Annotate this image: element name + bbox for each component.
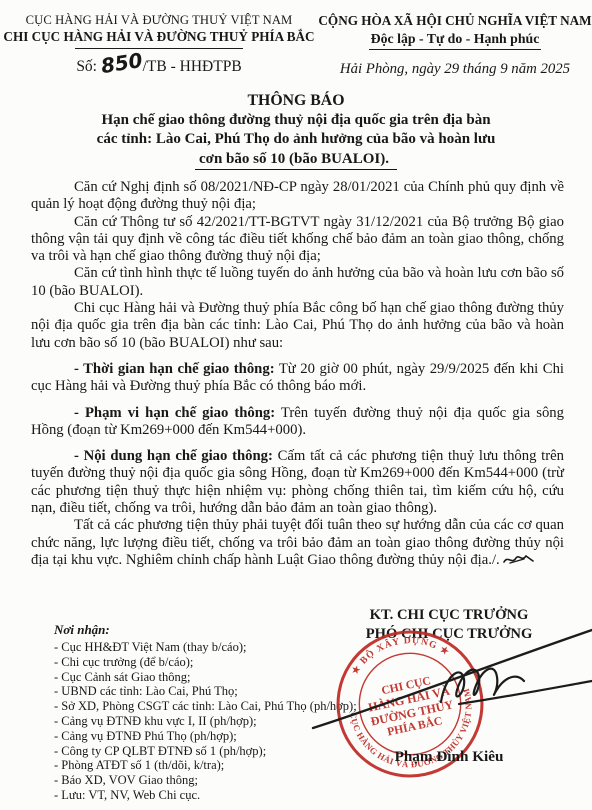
content-restriction-label: - Nội dung hạn chế giao thông: (74, 448, 273, 464)
national-motto-block: CỘNG HÒA XÃ HỘI CHỦ NGHĨA VIỆT NAM Độc l… (318, 13, 592, 78)
parent-agency-name: CỤC HÀNG HẢI VÀ ĐƯỜNG THUỶ VIỆT NAM (0, 13, 318, 28)
motto: Độc lập - Tự do - Hạnh phúc (369, 31, 542, 50)
recipients-block: Nơi nhận: - Cục HH&ĐT Việt Nam (thay b/c… (54, 622, 314, 803)
document-number: Số: 850/TB - HHĐTPB (0, 57, 318, 76)
recipient-item: - UBND các tỉnh: Lào Cai, Phú Thọ; (54, 684, 314, 699)
title-line-2: các tỉnh: Lào Cai, Phú Thọ do ảnh hưởng … (0, 130, 592, 150)
recipient-item: - Lưu: VT, NV, Web Chi cục. (54, 788, 314, 803)
scope-restriction-label: - Phạm vi hạn chế giao thông: (74, 405, 275, 421)
paragraph-scope-restriction: - Phạm vi hạn chế giao thông: Trên tuyến… (31, 405, 564, 440)
recipient-item: - Cảng vụ ĐTNĐ Phú Thọ (ph/hợp); (54, 729, 314, 744)
recipients-list: - Cục HH&ĐT Việt Nam (thay b/cáo);- Chi … (54, 640, 314, 803)
recipient-item: - Báo XD, VOV Giao thông; (54, 773, 314, 788)
agency-name: CHI CỤC HÀNG HẢI VÀ ĐƯỜNG THUỶ PHÍA BẮC (0, 29, 318, 45)
handwritten-signature (293, 618, 592, 750)
recipient-item: - Cục HH&ĐT Việt Nam (thay b/cáo); (54, 640, 314, 655)
document-footer: Nơi nhận: - Cục HH&ĐT Việt Nam (thay b/c… (0, 602, 592, 810)
title-line-3: cơn bão số 10 (bão BUALOI). (195, 151, 397, 170)
time-restriction-label: - Thời gian hạn chế giao thông: (74, 361, 275, 377)
paragraph-announcement: Chi cục Hàng hải và Đường thuỷ phía Bắc … (31, 300, 564, 352)
paragraph-content-restriction: - Nội dung hạn chế giao thông: Cấm tất c… (31, 448, 564, 517)
document-title: THÔNG BÁO Hạn chế giao thông đường thuỷ … (0, 91, 592, 169)
place-date-line: Hải Phòng, ngày 29 tháng 9 năm 2025 (318, 61, 592, 78)
signer-name: Phạm Đình Kiêu (312, 748, 586, 766)
recipients-label: Nơi nhận: (54, 622, 314, 638)
document-number-prefix: Số: (76, 58, 101, 75)
recipient-item: - Chi cục trưởng (để b/cáo); (54, 655, 314, 670)
recipient-item: - Cục Cảnh sát Giao thông; (54, 670, 314, 685)
handwritten-initial-mark (502, 552, 534, 567)
paragraph-legal-basis-3: Căn cứ tình hình thực tế luồng tuyến do … (31, 265, 564, 300)
issuing-agency-block: CỤC HÀNG HẢI VÀ ĐƯỜNG THUỶ VIỆT NAM CHI … (0, 13, 318, 78)
recipient-item: - Phòng ATĐT số 1 (th/dõi, k/tra); (54, 758, 314, 773)
paragraph-legal-basis-2: Căn cứ Thông tư số 42/2021/TT-BGTVT ngày… (31, 214, 564, 266)
title-heading: THÔNG BÁO (0, 91, 592, 111)
recipient-item: - Sở XD, Phòng CSGT các tỉnh: Lào Cai, P… (54, 699, 314, 714)
document-header: CỤC HÀNG HẢI VÀ ĐƯỜNG THUỶ VIỆT NAM CHI … (0, 0, 592, 78)
document-number-suffix: /TB - HHĐTPB (143, 58, 242, 75)
document-page: CỤC HÀNG HẢI VÀ ĐƯỜNG THUỶ VIỆT NAM CHI … (0, 0, 592, 810)
document-body: Căn cứ Nghị định số 08/2021/NĐ-CP ngày 2… (31, 179, 564, 569)
document-number-handwritten: 850 (100, 53, 143, 73)
paragraph-time-restriction: - Thời gian hạn chế giao thông: Từ 20 gi… (31, 361, 564, 396)
republic-title: CỘNG HÒA XÃ HỘI CHỦ NGHĨA VIỆT NAM (318, 13, 592, 29)
recipient-item: - Công ty CP QLBT ĐTNĐ số 1 (ph/hợp); (54, 744, 314, 759)
paragraph-legal-basis-1: Căn cứ Nghị định số 08/2021/NĐ-CP ngày 2… (31, 179, 564, 214)
paragraph-compliance: Tất cả các phương tiện thủy phải tuyệt đ… (31, 517, 564, 569)
compliance-text: Tất cả các phương tiện thủy phải tuyệt đ… (31, 517, 564, 568)
agency-underline (75, 48, 243, 49)
recipient-item: - Cảng vụ ĐTNĐ khu vực I, II (ph/hợp); (54, 714, 314, 729)
title-line-1: Hạn chế giao thông đường thuỷ nội địa qu… (0, 111, 592, 131)
